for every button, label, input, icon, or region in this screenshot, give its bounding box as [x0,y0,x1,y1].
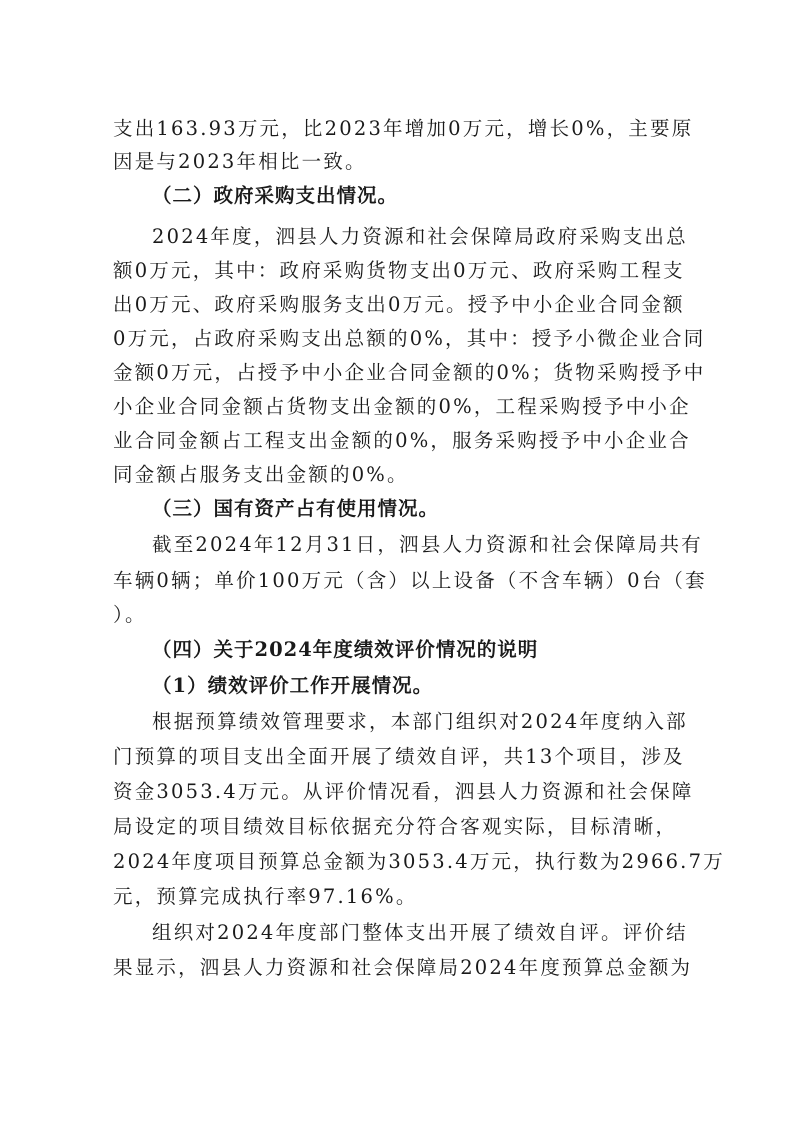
paragraph-line: 小企业合同金额占货物支出金额的0%，工程采购授予中小企 [113,395,683,419]
paragraph-line: 组织对2024年度部门整体支出开展了绩效自评。评价结 [152,921,722,945]
paragraph-line: ）。 [113,603,683,627]
section-heading-performance-evaluation: （四）关于2024年度绩效评价情况的说明 [152,638,722,662]
document-page: 支出163.93万元，比2023年增加0万元，增长0%，主要原 因是与2023年… [0,0,793,1122]
paragraph-line: 门预算的项目支出全面开展了绩效自评，共13个项目，涉及 [113,745,683,769]
paragraph-line: 金额0万元，占授予中小企业合同金额的0%；货物采购授予中 [113,361,683,385]
paragraph-line: 元，预算完成执行率97.16%。 [113,885,683,909]
paragraph-line: 截至2024年12月31日，泗县人力资源和社会保障局共有 [152,533,722,557]
section-heading-state-assets: （三）国有资产占有使用情况。 [152,497,722,521]
paragraph-line: 出0万元、政府采购服务支出0万元。授予中小企业合同金额 [113,293,683,317]
paragraph-line: 果显示，泗县人力资源和社会保障局2024年度预算总金额为 [113,956,683,980]
paragraph-line: 局设定的项目绩效目标依据充分符合客观实际，目标清晰， [113,815,683,839]
paragraph-line: 支出163.93万元，比2023年增加0万元，增长0%，主要原 [113,117,683,141]
paragraph-line: 业合同金额占工程支出金额的0%，服务采购授予中小企业合 [113,429,683,453]
paragraph-line: 2024年度项目预算总金额为3053.4万元，执行数为2966.7万 [113,850,683,874]
section-heading-government-procurement: （二）政府采购支出情况。 [152,184,722,208]
subsection-heading-evaluation-work: （1）绩效评价工作开展情况。 [152,674,722,698]
paragraph-line: 资金3053.4万元。从评价情况看，泗县人力资源和社会保障 [113,780,683,804]
paragraph-line: 因是与2023年相比一致。 [113,150,683,174]
paragraph-line: 额0万元，其中：政府采购货物支出0万元、政府采购工程支 [113,259,683,283]
paragraph-line: 2024年度，泗县人力资源和社会保障局政府采购支出总 [152,225,722,249]
paragraph-line: 同金额占服务支出金额的0%。 [113,463,683,487]
paragraph-line: 车辆0辆；单价100万元（含）以上设备（不含车辆）0台（套 [113,569,683,593]
paragraph-line: 0万元，占政府采购支出总额的0%，其中：授予小微企业合同 [113,327,683,351]
paragraph-line: 根据预算绩效管理要求，本部门组织对2024年度纳入部 [152,710,722,734]
